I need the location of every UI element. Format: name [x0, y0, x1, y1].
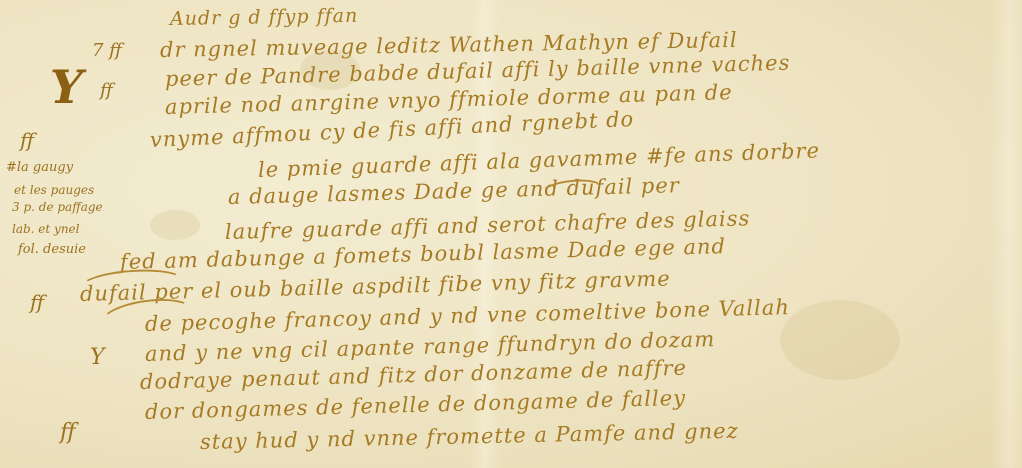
manuscript-page: Y7 ffffff#la gaugyet les pauges3 p. de p… — [0, 0, 1022, 468]
margin-note: Y — [50, 60, 83, 114]
paper-stain — [150, 210, 200, 240]
margin-note: ff — [60, 420, 76, 445]
margin-note: #la gaugy — [6, 160, 73, 175]
margin-note: ff — [30, 290, 44, 314]
margin-note: Y — [90, 345, 105, 370]
manuscript-line: Audr g d ffyp ffan — [170, 5, 359, 30]
paper-stain — [780, 300, 900, 380]
manuscript-line: le pmie guarde affi ala gavamme #fe ans … — [258, 138, 821, 182]
margin-note: fol. desuie — [18, 242, 86, 257]
paper-fold — [990, 0, 1022, 468]
margin-note: lab. et ynel — [12, 222, 80, 236]
margin-note: 7 ff — [92, 40, 122, 61]
margin-note: et les pauges — [14, 183, 94, 197]
margin-note: ff — [20, 128, 34, 152]
margin-note: 3 p. de paffage — [12, 200, 103, 214]
margin-note: ff — [100, 80, 113, 101]
